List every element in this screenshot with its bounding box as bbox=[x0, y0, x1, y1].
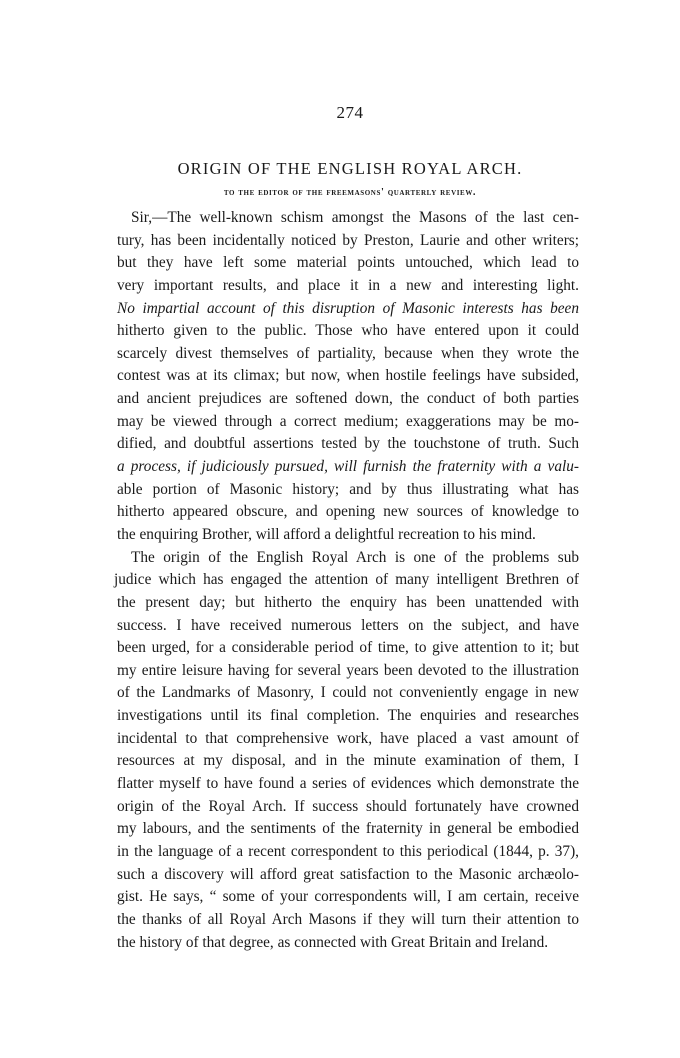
text-line: No impartial account of this disruption … bbox=[117, 298, 579, 321]
text-line: hitherto appeared obscure, and opening n… bbox=[117, 501, 579, 524]
text-line: resources at my disposal, and in the min… bbox=[117, 750, 579, 773]
text-line: contest was at its climax; but now, when… bbox=[117, 365, 579, 388]
text-line: in the language of a recent corresponden… bbox=[117, 841, 579, 864]
text-line: scarcely divest themselves of partiality… bbox=[117, 343, 579, 366]
article-body: Sir,—The well-known schism amongst the M… bbox=[117, 207, 579, 954]
text-line: success. I have received numerous letter… bbox=[117, 615, 579, 638]
text-line: tury, has been incidentally noticed by P… bbox=[117, 230, 579, 253]
text-line: the history of that degree, as connected… bbox=[117, 932, 579, 955]
text-line: origin of the Royal Arch. If success sho… bbox=[117, 796, 579, 819]
text-line: such a discovery will afford great satis… bbox=[117, 864, 579, 887]
text-line: incidental to that comprehensive work, h… bbox=[117, 728, 579, 751]
text-line: judice which has engaged the attention o… bbox=[114, 569, 579, 592]
text-line: a process, if judiciously pursued, will … bbox=[117, 456, 579, 479]
text-line: very important results, and place it in … bbox=[117, 275, 579, 298]
text-line: the thanks of all Royal Arch Masons if t… bbox=[117, 909, 579, 932]
article-subtitle: to the editor of the freemasons' quarter… bbox=[0, 187, 680, 198]
text-line: gist. He says, “ some of your correspond… bbox=[117, 886, 579, 909]
text-line: dified, and doubtful assertions tested b… bbox=[117, 433, 579, 456]
text-line: but they have left some material points … bbox=[117, 252, 579, 275]
text-line: flatter myself to have found a series of… bbox=[117, 773, 579, 796]
text-line: may be viewed through a correct medium; … bbox=[117, 411, 579, 434]
article-title: ORIGIN OF THE ENGLISH ROYAL ARCH. bbox=[0, 159, 680, 179]
text-line: of the Landmarks of Masonry, I could not… bbox=[117, 682, 579, 705]
text-line: Sir,—The well-known schism amongst the M… bbox=[117, 207, 579, 230]
text-line: investigations until its final completio… bbox=[117, 705, 579, 728]
text-line: able portion of Masonic history; and by … bbox=[117, 479, 579, 502]
text-line: The origin of the English Royal Arch is … bbox=[117, 547, 579, 570]
text-line: and ancient prejudices are softened down… bbox=[117, 388, 579, 411]
text-line: the present day; but hitherto the enquir… bbox=[117, 592, 579, 615]
text-line: hitherto given to the public. Those who … bbox=[117, 320, 579, 343]
text-line: my entire leisure having for several yea… bbox=[117, 660, 579, 683]
text-line: been urged, for a considerable period of… bbox=[117, 637, 579, 660]
page-number: 274 bbox=[0, 103, 680, 123]
text-line: the enquiring Brother, will afford a del… bbox=[117, 524, 579, 547]
text-line: my labours, and the sentiments of the fr… bbox=[117, 818, 579, 841]
